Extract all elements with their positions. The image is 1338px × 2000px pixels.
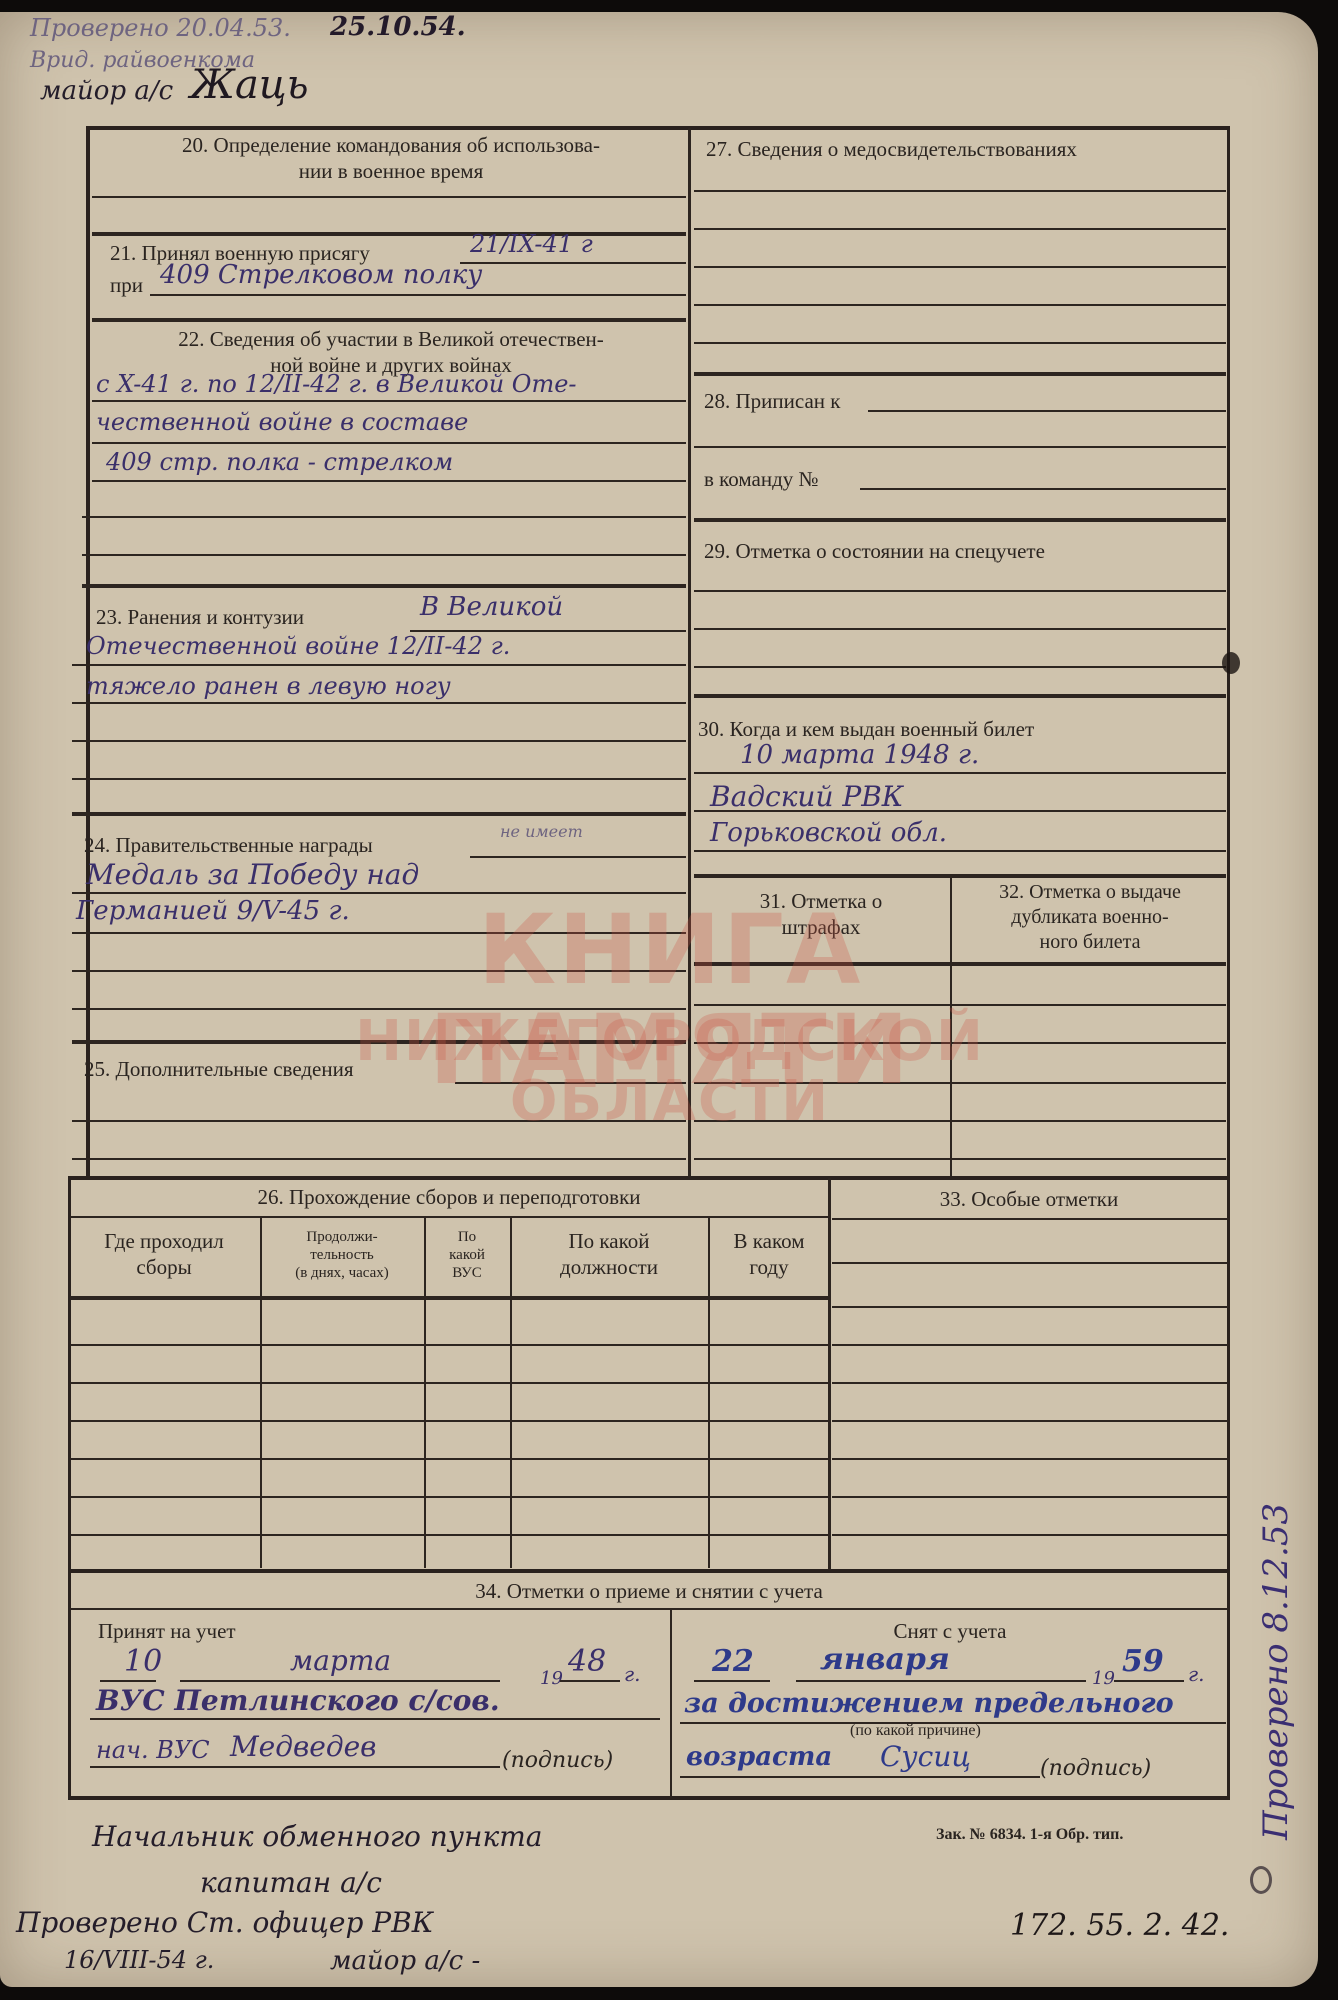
field-29-label: 29. Отметка о состоянии на спецучете [704,538,1045,564]
ring-mark [1250,1866,1272,1894]
bottom-note-chief: Начальник обменного пункта [92,1820,542,1853]
top-note-date: 25.10.54. [330,12,466,42]
field-24-label: 24. Правительственные награды [84,832,373,858]
accepted-day: 10 [124,1644,162,1679]
field-28-label: 28. Приписан к [704,388,840,414]
bottom-note-date: 16/VIII-54 г. [64,1946,214,1974]
accepted-officer: нач. ВУС [96,1736,210,1764]
removed-sign-label: (подпись) [1040,1756,1151,1781]
bottom-note-major: майор а/с - [330,1946,480,1976]
field-23-line-1: Отечественной войне 12/II-42 г. [86,632,510,660]
accepted-issuer: ВУС Петлинского с/сов. [96,1684,500,1717]
field-22-line-1: с X-41 г. по 12/II-42 г. в Великой Оте- [96,370,577,398]
field-21-value-2: 409 Стрелковом полку [160,260,482,290]
field-21-label-2: при [110,272,143,298]
field-31-label: 31. Отметка оштрафах [694,888,948,940]
accepted-signature: Медведев [230,1730,376,1763]
field-34-title: 34. Отметки о приеме и снятии с учета [70,1578,1228,1604]
field-30-label: 30. Когда и кем выдан военный билет [698,716,1034,742]
removed-month: января [820,1642,950,1677]
field-24-note: не имеет [500,822,583,841]
field-24-line-1: Медаль за Победу над [86,858,419,891]
top-note-checked: Проверено 20.04.53. [30,14,291,42]
field-23-value: В Великой [420,592,563,622]
field-27-label: 27. Сведения о медосвидетельствованиях [706,136,1077,162]
column-divider [688,128,691,1178]
field-26-title: 26. Прохождение сборов и переподготовки [70,1184,828,1210]
field-23-label: 23. Ранения и контузии [96,604,304,630]
punch-hole [1222,652,1240,674]
field-28-label-2: в команду № [704,466,819,492]
accepted-month: марта [290,1644,391,1677]
field-32-label: 32. Отметка о выдачедубликата военно-ног… [952,880,1228,955]
accepted-sign-label: (подпись) [502,1748,613,1773]
removed-reason: за достижением предельного [684,1688,1174,1719]
archive-code: 172. 55. 2. 42. [1010,1908,1229,1943]
field-30-line-3: Горьковской обл. [710,818,947,848]
bottom-note-captain: капитан а/с [200,1866,382,1899]
removed-reason-label: (по какой причине) [850,1722,981,1740]
field-24-line-2: Германией 9/V-45 г. [76,896,350,926]
removed-label: Снят с учета [672,1618,1228,1644]
top-signature: Жаць [190,62,308,108]
col-header-position: По какойдолжности [512,1228,706,1280]
field-33-label: 33. Особые отметки [830,1186,1228,1212]
field-23-line-2: тяжело ранен в левую ногу [86,672,451,700]
field-30-line-1: 10 марта 1948 г. [740,740,979,770]
field-25-label: 25. Дополнительные сведения [84,1056,354,1082]
margin-note-checked: Проверено 8.12.53 [1256,1503,1296,1840]
field-30-line-2: Вадский РВК [710,780,903,813]
top-note-rank: майор а/с [40,76,173,106]
printer-imprint: Зак. № 6834. 1-я Обр. тип. [936,1826,1123,1844]
field-22-line-2: чественной войне в составе [96,408,468,436]
removed-year: 59 [1122,1644,1164,1679]
removed-day: 22 [712,1644,754,1679]
bottom-note-checked: Проверено Ст. офицер РВК [16,1906,433,1939]
field-22-line-3: 409 стр. полка - стрелком [106,448,453,476]
col-header-year: В какомгоду [710,1228,828,1280]
field-20-label: 20. Определение командования об использо… [96,132,686,184]
col-header-duration: Продолжи-тельность(в днях, часах) [262,1228,422,1282]
removed-reason-2: возраста [686,1742,832,1772]
col-header-where: Где проходилсборы [70,1228,258,1280]
accepted-year: 48 [568,1644,606,1679]
removed-signature: Сусиц [880,1740,971,1773]
field-21-value: 21/IX-41 г [470,230,593,258]
accepted-label: Принят на учет [98,1618,236,1644]
col-header-vus: ПокакойВУС [426,1228,508,1282]
